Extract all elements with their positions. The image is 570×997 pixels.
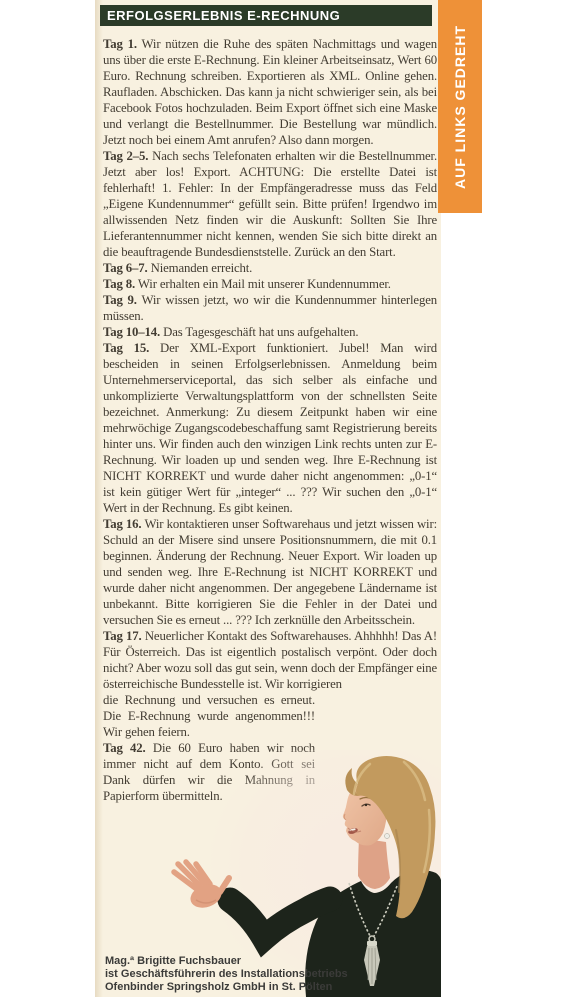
paragraph-text: Der XML-Export funktioniert. Jubel! Man … (103, 341, 437, 515)
paragraph-text: Das Tagesgeschäft hat uns aufgehalten. (163, 325, 358, 339)
side-tab: AUF LINKS GEDREHT (438, 0, 482, 213)
tag-label: Tag 42. (103, 741, 146, 755)
magazine-page: ERFOLGSERLEBNIS E-RECHNUNG Tag 1. Wir nü… (95, 0, 441, 997)
paragraph-text: Wir nützen die Ruhe des späten Nachmitta… (103, 37, 437, 147)
earring (385, 834, 390, 839)
photo-caption-line1: Mag.ª Brigitte Fuchsbauer (105, 955, 405, 968)
side-tab-label: AUF LINKS GEDREHT (452, 25, 468, 189)
paragraph-text: Wir kontaktieren unser Softwarehaus und … (103, 517, 437, 627)
paragraph-text: Wir erhalten ein Mail mit unserer Kunden… (138, 277, 391, 291)
paragraph-tag-16: Tag 16. Wir kontaktieren unser Softwareh… (103, 516, 437, 628)
photo-caption-line2: ist Geschäftsführerin des Installationsb… (105, 968, 405, 981)
tag-label: Tag 2–5. (103, 149, 148, 163)
paragraph-tag-9: Tag 9. Wir wissen jetzt, wo wir die Kund… (103, 292, 437, 324)
photo-caption-line3: Ofenbinder Springsholz GmbH in St. Pölte… (105, 981, 405, 994)
article-headline: ERFOLGSERLEBNIS E-RECHNUNG (107, 8, 340, 23)
article-body: Tag 1. Wir nützen die Ruhe des späten Na… (103, 36, 437, 804)
paragraph-text: Neuerlicher Kontakt des Softwarehauses. … (103, 629, 437, 691)
paragraph-text-wrapped: die Rechnung und versuchen es erneut. Di… (103, 692, 315, 740)
paragraph-tag-6-7: Tag 6–7. Niemanden erreicht. (103, 260, 437, 276)
paragraph-tag-15: Tag 15. Der XML-Export funktioniert. Jub… (103, 340, 437, 516)
article-headline-bar: ERFOLGSERLEBNIS E-RECHNUNG (100, 5, 432, 26)
paragraph-tag-17: Tag 17. Neuerlicher Kontakt des Software… (103, 628, 437, 740)
tag-label: Tag 17. (103, 629, 142, 643)
paragraph-tag-2-5: Tag 2–5. Nach sechs Telefonaten erhalten… (103, 148, 437, 260)
tag-label: Tag 16. (103, 517, 141, 531)
tag-label: Tag 15. (103, 341, 149, 355)
paragraph-tag-10-14: Tag 10–14. Das Tagesgeschäft hat uns auf… (103, 324, 437, 340)
paragraph-text: Wir wissen jetzt, wo wir die Kundennumme… (103, 293, 437, 323)
paragraph-text: Nach sechs Telefonaten erhalten wir die … (103, 149, 437, 259)
tag-label: Tag 10–14. (103, 325, 160, 339)
tag-label: Tag 9. (103, 293, 137, 307)
paragraph-text: Niemanden erreicht. (151, 261, 253, 275)
paragraph-tag-1: Tag 1. Wir nützen die Ruhe des späten Na… (103, 36, 437, 148)
tag-label: Tag 1. (103, 37, 137, 51)
photo-caption: Mag.ª Brigitte Fuchsbauer ist Geschäftsf… (105, 955, 405, 995)
tag-label: Tag 6–7. (103, 261, 148, 275)
tag-label: Tag 8. (103, 277, 135, 291)
paragraph-tag-8: Tag 8. Wir erhalten ein Mail mit unserer… (103, 276, 437, 292)
